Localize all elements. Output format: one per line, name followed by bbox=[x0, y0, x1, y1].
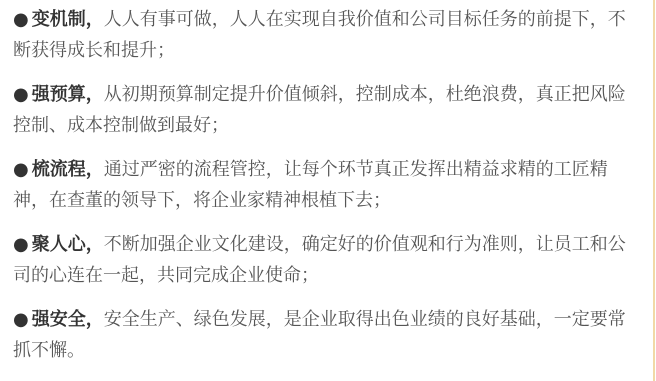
bullet-icon: ● bbox=[13, 9, 29, 30]
right-border-rule bbox=[653, 0, 655, 381]
paragraph-label: 变机制， bbox=[32, 9, 104, 30]
bullet-icon: ● bbox=[13, 234, 29, 255]
paragraph-culture: ●聚人心，不断加强企业文化建设，确定好的价值观和行为准则，让员工和公司的心连在一… bbox=[13, 229, 635, 291]
bullet-icon: ● bbox=[13, 159, 29, 180]
paragraph-process: ●梳流程，通过严密的流程管控，让每个环节真正发挥出精益求精的工匠精神，在查董的领… bbox=[13, 154, 635, 216]
paragraph-safety: ●强安全，安全生产、绿色发展，是企业取得出色业绩的良好基础，一定要常抓不懈。 bbox=[13, 304, 635, 366]
article-body: ●变机制，人人有事可做，人人在实现自我价值和公司目标任务的前提下，不断获得成长和… bbox=[13, 4, 635, 379]
paragraph-label: 强预算， bbox=[32, 84, 104, 105]
bullet-icon: ● bbox=[13, 84, 29, 105]
paragraph-label: 梳流程， bbox=[32, 159, 104, 180]
paragraph-text: 不断加强企业文化建设，确定好的价值观和行为准则，让员工和公司的心连在一起，共同完… bbox=[13, 234, 626, 286]
paragraph-label: 强安全， bbox=[32, 309, 104, 330]
paragraph-text: 人人有事可做，人人在实现自我价值和公司目标任务的前提下，不断获得成长和提升； bbox=[13, 9, 626, 61]
paragraph-mechanism: ●变机制，人人有事可做，人人在实现自我价值和公司目标任务的前提下，不断获得成长和… bbox=[13, 4, 635, 66]
paragraph-label: 聚人心， bbox=[32, 234, 104, 255]
paragraph-text: 安全生产、绿色发展，是企业取得出色业绩的良好基础，一定要常抓不懈。 bbox=[13, 309, 626, 361]
paragraph-text: 从初期预算制定提升价值倾斜，控制成本，杜绝浪费，真正把风险控制、成本控制做到最好… bbox=[13, 84, 626, 136]
bullet-icon: ● bbox=[13, 309, 29, 330]
paragraph-budget: ●强预算，从初期预算制定提升价值倾斜，控制成本，杜绝浪费，真正把风险控制、成本控… bbox=[13, 79, 635, 141]
